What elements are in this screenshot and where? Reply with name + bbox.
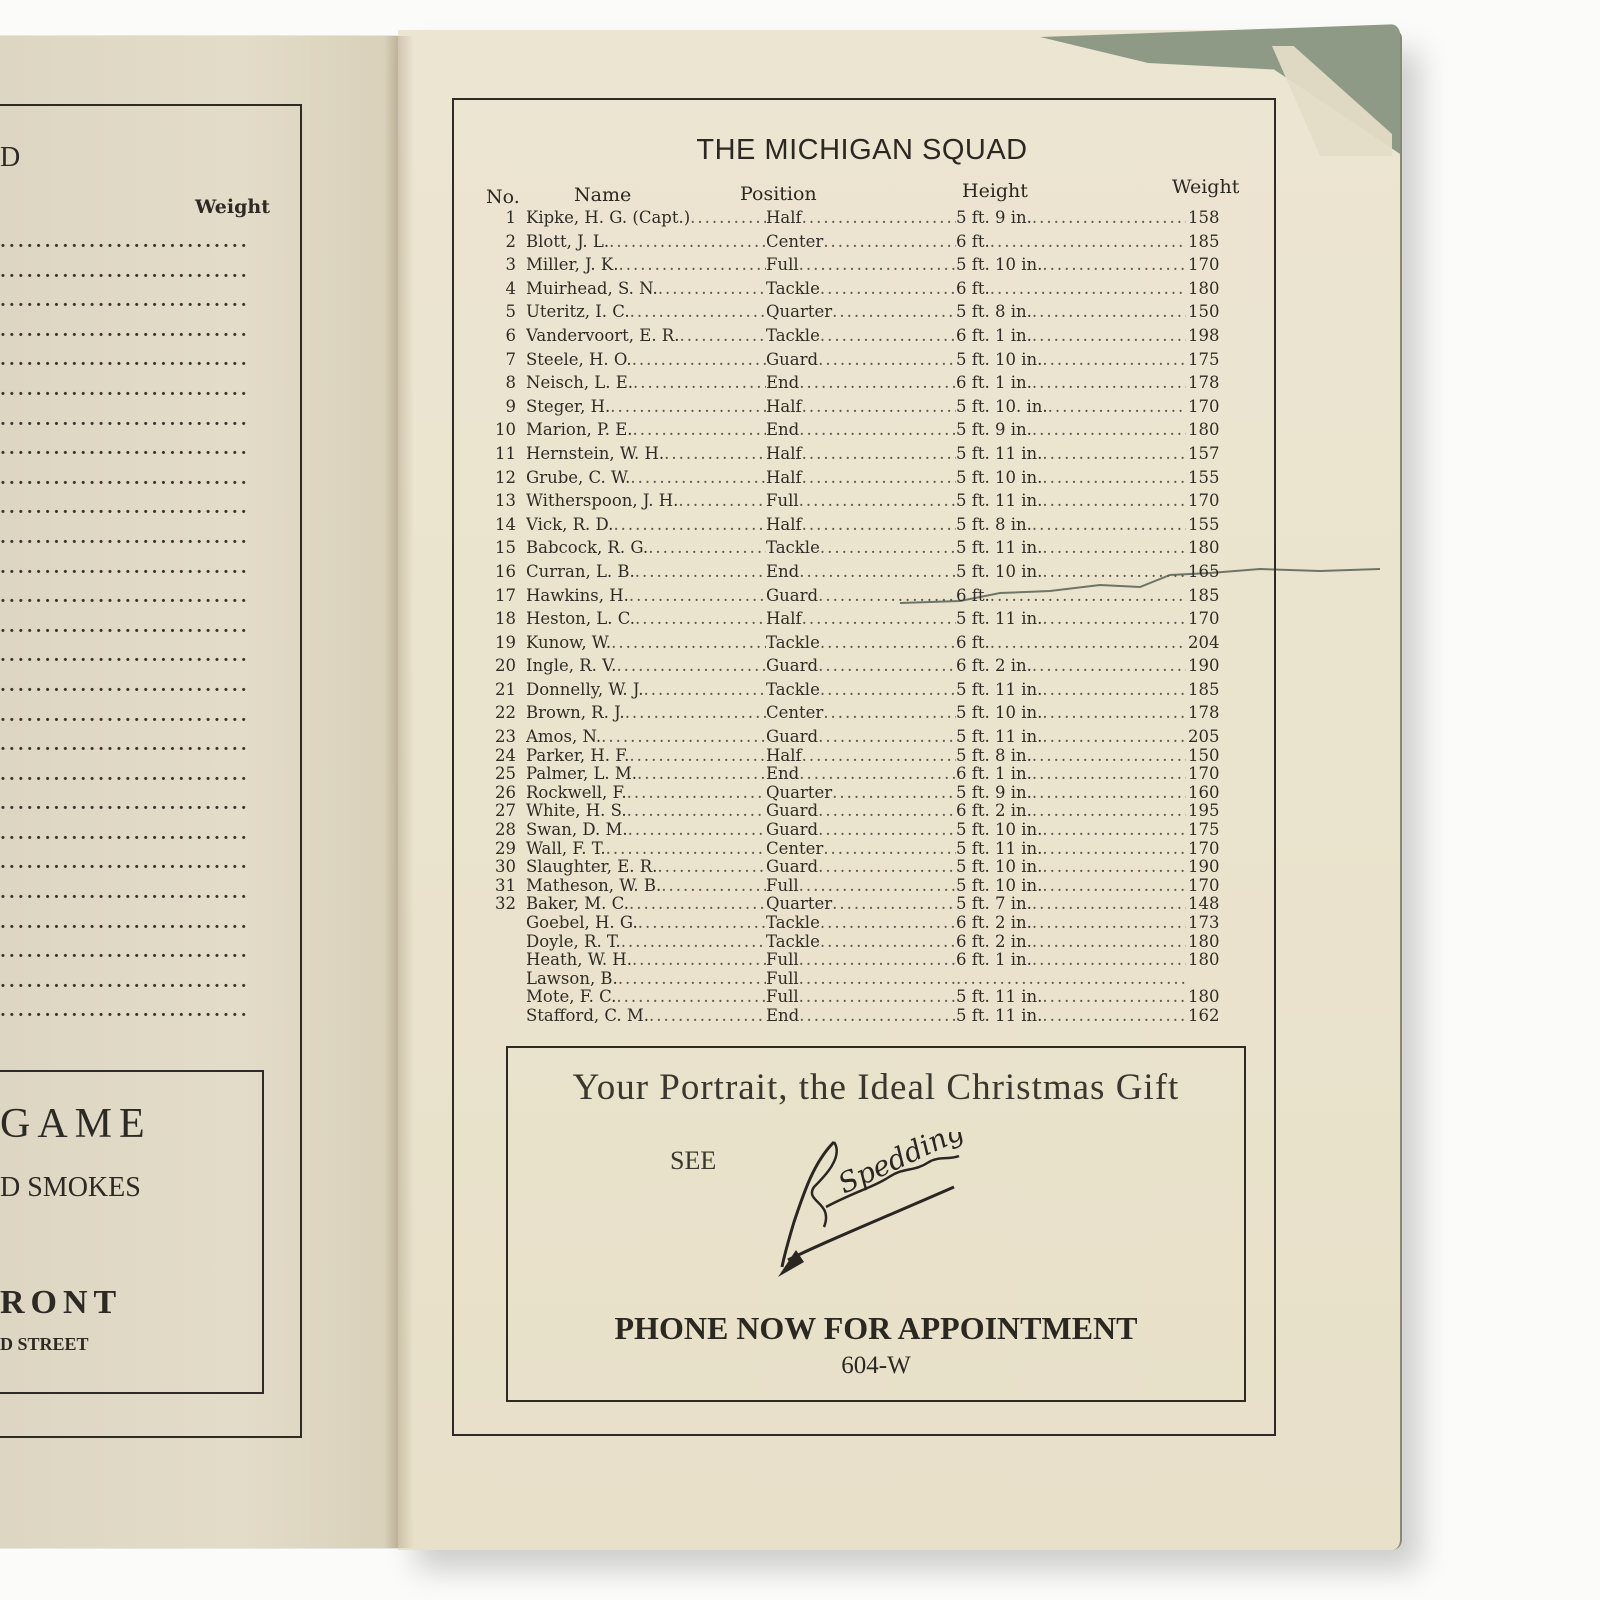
dot-leader: ........................................ [820,326,956,345]
player-number: 31 [484,876,516,895]
player-number: 13 [484,491,516,510]
dot-leader: ........................................ [799,255,956,274]
dot-leader: ........................................ [802,609,956,628]
dot-leader: .................................. [0,262,250,282]
roster-row: 12Grube, C. W...........................… [484,468,1244,492]
dot-leader: ........................................ [820,680,956,699]
dot-leader: ........................................ [1032,764,1186,783]
player-number: 5 [484,302,516,321]
dot-leader: .................................. [0,528,250,548]
left-weight-row: ..................................170 [0,646,250,676]
roster-row: 14Vick, R. D............................… [484,515,1244,539]
player-weight: 178 [1188,373,1228,392]
roster-row: 17Hawkins, H............................… [484,586,1244,610]
left-advertisement: GAME D SMOKES RONT D STREET [0,1070,264,1394]
roster-row: 28Swan, D. M............................… [484,820,1244,839]
player-height: 5 ft. 10 in.............................… [956,820,1186,839]
dot-leader: .................................. [0,853,250,873]
spedding-signature-logo: Spedding [764,1132,974,1282]
player-height: 6 ft. 1 in..............................… [956,373,1186,392]
player-height: 5 ft. 11 in.............................… [956,987,1186,1006]
left-weight-row: ..................................183 [0,942,250,972]
player-weight: 180 [1188,279,1228,298]
player-position: Tackle..................................… [766,633,956,652]
player-name: Slaughter, E. R.........................… [526,857,766,876]
roster-row: Heath, W. H.............................… [484,950,1244,969]
dot-leader: ........................................ [1042,727,1186,746]
player-number: 30 [484,857,516,876]
dot-leader: ........................................ [1042,987,1186,1006]
dot-leader: ........................................ [661,876,766,895]
player-weight: 162 [1188,1006,1228,1025]
dot-leader: ........................................ [799,969,956,988]
player-name: Ingle, R. V.............................… [526,656,766,675]
left-weight-row: ..................................175 [0,794,250,824]
left-weight-row: ..................................162 [0,410,250,440]
dot-leader: ........................................ [1032,302,1186,321]
dot-leader: .................................. [0,232,250,252]
left-ad-line-4: D STREET [0,1334,89,1355]
dot-leader: .................................. [0,706,250,726]
dot-leader: ........................................ [611,633,766,652]
player-position: Guard...................................… [766,656,956,675]
dot-leader: ........................................ [679,326,766,345]
dot-leader: ........................................ [818,350,956,369]
dot-leader: ........................................ [1042,1006,1186,1025]
dot-leader: ........................................ [956,969,1186,988]
player-position: Half....................................… [766,208,956,227]
player-name: Heath, W. H.............................… [526,950,766,969]
player-name: Mote, F. C..............................… [526,987,766,1006]
dot-leader: .................................. [0,587,250,607]
roster-row: 22Brown, R. J...........................… [484,703,1244,727]
player-number: 6 [484,326,516,345]
left-weight-row: ..................................195 [0,587,250,617]
left-weight-row: ..................................165 [0,321,250,351]
dot-leader: ........................................ [1042,703,1186,722]
left-weight-row: ..................................192 [0,469,250,499]
dot-leader: ........................................ [644,680,767,699]
dot-leader: ........................................ [818,727,956,746]
roster-row: Lawson, B...............................… [484,969,1244,988]
page-title: THE MICHIGAN SQUAD [452,134,1272,167]
player-name: Amos, N.................................… [526,727,766,746]
player-weight: 185 [1188,232,1228,251]
player-name: Kipke, H. G. (Capt.)....................… [526,208,766,227]
player-name: Baker, M. C.............................… [526,894,766,913]
player-position: Quarter.................................… [766,894,956,913]
player-name: Matheson, W. B..........................… [526,876,766,895]
player-weight: 204 [1188,633,1228,652]
dot-leader: ........................................ [802,468,956,487]
dot-leader: ........................................ [799,491,956,510]
player-name: Steele, H. O............................… [526,350,766,369]
player-weight: 170 [1188,397,1228,416]
dot-leader: .................................. [0,617,250,637]
roster-row: 21Donnelly, W. J........................… [484,680,1244,704]
player-weight: 170 [1188,491,1228,510]
dot-leader: .................................. [0,410,250,430]
player-weight: 170 [1188,839,1228,858]
player-number: 14 [484,515,516,534]
dot-leader: ........................................ [1032,894,1186,913]
player-position: Quarter.................................… [766,302,956,321]
roster-row: 24Parker, H. F..........................… [484,746,1244,765]
dot-leader: ........................................ [823,232,956,251]
dot-leader: ........................................ [820,279,956,298]
dot-leader: ........................................ [820,932,956,951]
player-position: Half....................................… [766,746,956,765]
dot-leader: ........................................ [820,538,956,557]
roster-row: 15Babcock, R. G.........................… [484,538,1244,562]
dot-leader: ........................................ [799,1006,956,1025]
dot-leader: ........................................ [630,468,766,487]
dot-leader: ........................................ [1042,444,1186,463]
player-height: 5 ft. 10. in............................… [956,397,1186,416]
dot-leader: ........................................ [601,727,766,746]
dot-leader: ........................................ [1042,255,1186,274]
player-number: 21 [484,680,516,699]
player-number: 15 [484,538,516,557]
dot-leader: ........................................ [799,373,956,392]
player-position: End.....................................… [766,1006,956,1025]
player-number: 18 [484,609,516,628]
player-height: 5 ft. 10 in.............................… [956,876,1186,895]
dot-leader: ........................................ [627,801,766,820]
roster-row: 26Rockwell, F...........................… [484,783,1244,802]
roster-row: 13Witherspoon, J. H.....................… [484,491,1244,515]
dot-leader: ........................................ [1032,373,1186,392]
dot-leader: ........................................ [678,491,766,510]
left-ad-line-2: D SMOKES [0,1172,141,1204]
player-height: 5 ft. 11 in.............................… [956,1006,1186,1025]
dot-leader: ........................................ [635,609,766,628]
player-position: End.....................................… [766,562,956,581]
left-weight-row: ..................................155 [0,676,250,706]
dot-leader: ........................................ [799,876,956,895]
dot-leader: ........................................ [618,969,766,988]
player-number: 23 [484,727,516,746]
player-weight: 180 [1188,538,1228,557]
player-name: Vandervoort, E. R.......................… [526,326,766,345]
player-position: Full....................................… [766,491,956,510]
dot-leader: .................................. [0,380,250,400]
player-name: Doyle, R. T.............................… [526,932,766,951]
dot-leader: ........................................ [1042,468,1186,487]
roster-row: 7Steele, H. O...........................… [484,350,1244,374]
dot-leader: ........................................ [690,208,766,227]
roster-row: 31Matheson, W. B........................… [484,876,1244,895]
player-height: 6 ft. 1 in..............................… [956,326,1186,345]
dot-leader: ........................................ [638,913,766,932]
player-weight: 190 [1188,857,1228,876]
player-number: 12 [484,468,516,487]
roster-row: 20Ingle, R. V...........................… [484,656,1244,680]
roster-row: Mote, F. C..............................… [484,987,1244,1006]
dot-leader: ........................................ [802,397,956,416]
dot-leader: ........................................ [613,515,766,534]
player-weight: 155 [1188,515,1228,534]
left-weight-row: ..................................192 [0,735,250,765]
player-position: Tackle..................................… [766,932,956,951]
player-height: 5 ft. 7 in..............................… [956,894,1186,913]
roster-row: 23Amos, N...............................… [484,727,1244,746]
dot-leader: .................................. [0,1001,250,1021]
dot-leader: ........................................ [1042,350,1186,369]
left-weight-row: ..................................170 [0,528,250,558]
roster-row: 3Miller, J. K...........................… [484,255,1244,279]
player-number: 32 [484,894,516,913]
player-height: 5 ft. 10 in.............................… [956,350,1186,369]
player-name: Wall, F. T..............................… [526,839,766,858]
player-position: Tackle..................................… [766,326,956,345]
player-height: 5 ft. 10 in.............................… [956,255,1186,274]
player-weight: 195 [1188,801,1228,820]
left-weight-row: ..................................190 [0,972,250,1002]
dot-leader: .................................. [0,676,250,696]
left-title-fragment: D [0,142,20,174]
player-name: Stafford, C. M..........................… [526,1006,766,1025]
dot-leader: ........................................ [629,894,766,913]
dot-leader: ........................................ [1042,839,1186,858]
player-weight: 170 [1188,255,1228,274]
player-height: 5 ft. 11 in.............................… [956,727,1186,746]
player-position: Half....................................… [766,609,956,628]
player-number: 16 [484,562,516,581]
ad-call-to-action: PHONE NOW FOR APPOINTMENT [508,1310,1244,1347]
player-weight: 165 [1188,562,1228,581]
portrait-advertisement: Your Portrait, the Ideal Christmas Gift … [506,1046,1246,1402]
dot-leader: .................................. [0,913,250,933]
dot-leader: ........................................ [630,302,766,321]
dot-leader: ........................................ [1032,746,1186,765]
dot-leader: ........................................ [1032,420,1186,439]
player-position: Tackle..................................… [766,913,956,932]
player-height: 5 ft. 8 in..............................… [956,302,1186,321]
player-position: Half....................................… [766,468,956,487]
dot-leader: ........................................ [1032,932,1186,951]
column-header-name: Name [574,184,631,206]
player-weight: 180 [1188,950,1228,969]
left-ad-line-3: RONT [0,1284,122,1322]
dot-leader: ........................................ [618,255,766,274]
dot-leader: ........................................ [627,783,766,802]
dot-leader: ........................................ [799,420,956,439]
dot-leader: .................................. [0,321,250,341]
dot-leader: .................................. [0,558,250,578]
dot-leader: ........................................ [799,950,956,969]
player-position: Guard...................................… [766,727,956,746]
player-weight: 190 [1188,656,1228,675]
dot-leader: ........................................ [990,232,1186,251]
roster-row: 10Marion, P. E..........................… [484,420,1244,444]
dot-leader: ........................................ [1032,801,1186,820]
dot-leader: ........................................ [832,894,956,913]
dot-leader: ........................................ [990,633,1186,652]
player-number: 25 [484,764,516,783]
player-number: 22 [484,703,516,722]
player-position: Full....................................… [766,876,956,895]
dot-leader: .................................. [0,735,250,755]
roster-row: 16Curran, L. B..........................… [484,562,1244,586]
player-weight: 170 [1188,876,1228,895]
roster-row: 1Kipke, H. G. (Capt.)...................… [484,208,1244,232]
dot-leader: ........................................ [820,913,956,932]
player-position: Half....................................… [766,515,956,534]
player-name: Blott, J. L.............................… [526,232,766,251]
dot-leader: ........................................ [1042,538,1186,557]
left-weight-row: ..................................175 [0,824,250,854]
player-height: 6 ft. 2 in..............................… [956,913,1186,932]
dot-leader: ........................................ [1032,326,1186,345]
dot-leader: ........................................ [633,420,767,439]
player-height: 6 ft. 2 in..............................… [956,656,1186,675]
roster-row: 27White, H. S...........................… [484,801,1244,820]
player-position: Guard...................................… [766,350,956,369]
player-name: Goebel, H. G............................… [526,913,766,932]
player-weight: 198 [1188,326,1228,345]
player-weight: 170 [1188,609,1228,628]
player-position: Full....................................… [766,969,956,988]
player-number: 19 [484,633,516,652]
dot-leader: ........................................ [990,586,1186,605]
column-header-no: No. [486,186,520,208]
player-number: 29 [484,839,516,858]
roster-row: 32Baker, M. C...........................… [484,894,1244,913]
player-height: 5 ft. 9 in..............................… [956,783,1186,802]
dot-leader: ........................................ [649,1006,766,1025]
player-position: Full....................................… [766,950,956,969]
dot-leader: ........................................ [1048,397,1186,416]
roster-row: 8Neisch, L. E...........................… [484,373,1244,397]
player-position: Guard...................................… [766,586,956,605]
dot-leader: .................................. [0,291,250,311]
dot-leader: ........................................ [633,373,766,392]
dot-leader: ........................................ [616,987,766,1006]
dot-leader: ........................................ [832,783,956,802]
dot-leader: ........................................ [606,839,766,858]
dot-leader: ........................................ [637,764,766,783]
player-position: Tackle..................................… [766,680,956,699]
player-weight: 180 [1188,932,1228,951]
player-weight: 158 [1188,208,1228,227]
player-height: 5 ft. 11 in.............................… [956,609,1186,628]
player-height: 5 ft. 8 in..............................… [956,515,1186,534]
player-name: Kunow, W................................… [526,633,766,652]
roster-row: Goebel, H. G............................… [484,913,1244,932]
left-weight-row: ..................................175 [0,853,250,883]
dot-leader: ........................................ [1032,950,1186,969]
player-weight: 180 [1188,987,1228,1006]
left-ad-line-1: GAME [0,1100,152,1148]
player-height: 5 ft. 10 in.............................… [956,857,1186,876]
player-height: 5 ft. 11 in.............................… [956,491,1186,510]
dot-leader: .................................. [0,350,250,370]
dot-leader: ........................................ [802,208,956,227]
dot-leader: ........................................ [629,746,766,765]
left-weight-row: ..................................146 [0,380,250,410]
player-weight: 185 [1188,586,1228,605]
dot-leader: ........................................ [799,562,956,581]
left-weight-header: Weight [195,196,270,218]
dot-leader: ........................................ [632,350,766,369]
dot-leader: ........................................ [635,562,766,581]
dot-leader: ........................................ [799,764,956,783]
player-position: Full....................................… [766,255,956,274]
left-weight-row: ..................................210 [0,439,250,469]
dot-leader: ........................................ [1032,913,1186,932]
dot-leader: .................................. [0,883,250,903]
player-position: End.....................................… [766,420,956,439]
player-weight: 155 [1188,468,1228,487]
roster-row: 19Kunow, W..............................… [484,633,1244,657]
dot-leader: .................................. [0,972,250,992]
dot-leader: ........................................ [1042,562,1186,581]
player-name: Grube, C. W.............................… [526,468,766,487]
player-position: Full....................................… [766,987,956,1006]
roster-row: 4Muirhead, S. N.........................… [484,279,1244,303]
player-height: 6 ft....................................… [956,232,1186,251]
player-number: 10 [484,420,516,439]
player-position: Tackle..................................… [766,279,956,298]
left-weight-row: ..................................150 [0,1001,250,1031]
player-weight: 170 [1188,764,1228,783]
player-number: 4 [484,279,516,298]
player-number: 1 [484,208,516,227]
player-position: Center..................................… [766,703,956,722]
player-height: 5 ft. 10 in.............................… [956,468,1186,487]
roster-row: 30Slaughter, E. R.......................… [484,857,1244,876]
player-weight: 180 [1188,420,1228,439]
player-height: 5 ft. 8 in..............................… [956,746,1186,765]
player-name: Vick, R. D..............................… [526,515,766,534]
left-weight-row: ..................................180 [0,291,250,321]
dot-leader: .................................. [0,469,250,489]
player-height: 6 ft....................................… [956,633,1186,652]
dot-leader: .................................. [0,646,250,666]
player-name: Steger, H...............................… [526,397,766,416]
player-weight: 178 [1188,703,1228,722]
player-height: 5 ft. 9 in..............................… [956,208,1186,227]
player-position: Quarter.................................… [766,783,956,802]
player-name: Brown, R. J.............................… [526,703,766,722]
player-name: Donnelly, W. J..........................… [526,680,766,699]
player-position: Tackle..................................… [766,538,956,557]
player-height: 6 ft....................................… [956,279,1186,298]
player-name: Rockwell, F.............................… [526,783,766,802]
roster-row: 2Blott, J. L............................… [484,232,1244,256]
dot-leader: ........................................ [990,279,1186,298]
player-name: Swan, D. M..............................… [526,820,766,839]
player-name: Hawkins, H..............................… [526,586,766,605]
player-height: ........................................ [956,969,1186,988]
roster-row: 9Steger, H..............................… [484,397,1244,421]
player-name: Muirhead, S. N..........................… [526,279,766,298]
player-weight: 175 [1188,350,1228,369]
book-spine [384,36,414,1548]
player-height: 6 ft. 2 in..............................… [956,932,1186,951]
dot-leader: ........................................ [820,633,956,652]
player-name: Lawson, B...............................… [526,969,766,988]
column-header-position: Position [740,183,817,205]
player-weight: 205 [1188,727,1228,746]
left-weight-row: ..................................180 [0,913,250,943]
player-position: Guard...................................… [766,857,956,876]
roster-table: 1Kipke, H. G. (Capt.)...................… [484,208,1244,1025]
player-weight: 150 [1188,302,1228,321]
player-height: 6 ft. 2 in..............................… [956,801,1186,820]
dot-leader: ........................................ [629,586,766,605]
